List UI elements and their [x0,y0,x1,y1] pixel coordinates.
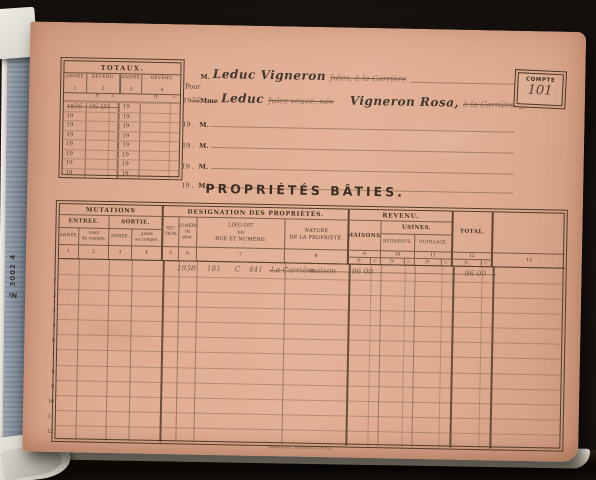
entry-sortie-compte: 181 [207,264,221,273]
row-number: 6 [47,334,55,349]
proprietes-table: MUTATIONS DESIGNATION DES PROPRIÉTÉS. RE… [54,203,564,449]
grid-line [57,365,563,376]
header-numero-plan: NUMÉRO du plan. [179,217,198,247]
owner-line-blank: 19 . M. [182,133,514,155]
header-maisons: MAISONS. [349,221,382,252]
ruled-line [212,126,514,133]
row-number: 2 [48,274,56,289]
col-number: 13 [493,253,565,268]
header-outillage: OUTILLAGE. [415,235,453,253]
owner-detail: à la Carrière [463,99,515,111]
ruled-line [519,108,525,109]
entry-numero: 441 [249,265,263,274]
row-number: 11 [46,410,54,425]
row-number: 10 [46,395,54,410]
row-number: 7 [47,349,55,364]
header-annee-sortie: ANNÉE. [109,229,132,246]
owner-struck-detail: Jules veuve, née [268,95,334,107]
grid-line [58,289,564,300]
compte-box: COMPTE 101 [516,72,563,106]
grid-line [56,395,562,406]
row-number: 8 [47,364,55,379]
header-batiments: BÂTIMENTS. [381,234,415,252]
header-section: SEC- TION. [163,217,180,247]
col-number: 2 [79,245,109,260]
header-entree: ENTRÉE. [59,215,109,229]
grid-line [56,410,562,421]
header-nature: NATURE DE LA PROPRIÉTÉ. [285,219,350,250]
col-number: 5 [163,247,179,261]
ruled-line [410,82,515,85]
row-number: 9 [46,379,54,394]
header-col13 [493,212,566,254]
owner-detail: Jules, à la Carrière [330,72,407,84]
table-header: MUTATIONS DESIGNATION DES PROPRIÉTÉS. RE… [59,204,566,269]
header-vient-du-compte: vient du compte. [79,228,109,246]
grid-line [58,319,564,330]
ruled-line [211,147,513,154]
grid-line [56,425,562,436]
row-number: 4 [48,304,56,319]
grid-line [57,334,563,345]
col-number: 4 [132,246,163,261]
owner-prefix: Mme [200,97,218,105]
row-number: 1 [49,259,57,274]
form-number-label: № 3002 4 [9,238,23,314]
owner-name: Leduc Vigneron [213,68,326,83]
owner-name-2: Vigneron Rosa, [350,95,460,110]
col-number: 6 [179,247,197,261]
grid-line [56,380,562,391]
owner-line-blank: 19 . M. [182,112,514,134]
row-number: 3 [48,289,56,304]
header-passe-au-compte: passé au compte. [132,229,163,247]
col-number: 3 [109,246,132,260]
row-number: 12 [45,425,53,440]
entry-section: C [235,264,241,273]
grid-line [58,304,564,315]
owner-prefix: M. [200,73,210,81]
col-number: 1 [59,245,79,259]
grid-line [59,274,565,285]
header-annee-entree: ANNÉE. [59,228,79,245]
table-body: 1938 181 C 441 La Carrière maison 96 00 … [55,259,564,450]
photo-scene: TOTAUX. ANNÉE. 1 REVENU. 2 ANNÉE. 3 REVE… [0,0,596,480]
owner-line-1: M. Leduc Vigneron Jules, à la Carrière [183,64,515,86]
grid-line [57,349,563,360]
col-number: 8 [285,249,349,264]
owner-name: Leduc [221,92,264,106]
register-page: TOTAUX. ANNÉE. 1 REVENU. 2 ANNÉE. 3 REVE… [22,21,586,462]
ruled-line [211,168,513,175]
compte-number: 101 [527,83,553,99]
row-number: 5 [47,319,55,334]
owner-line-2: 1936 Mme Leduc Jules veuve, née Vigneron… [183,88,515,110]
header-sortie: SORTIE. [109,216,163,230]
header-total: TOTAL. [453,212,494,254]
header-lieu-dit: LIEU-DIT ou RUE ET NUMÉRO. [197,218,286,250]
